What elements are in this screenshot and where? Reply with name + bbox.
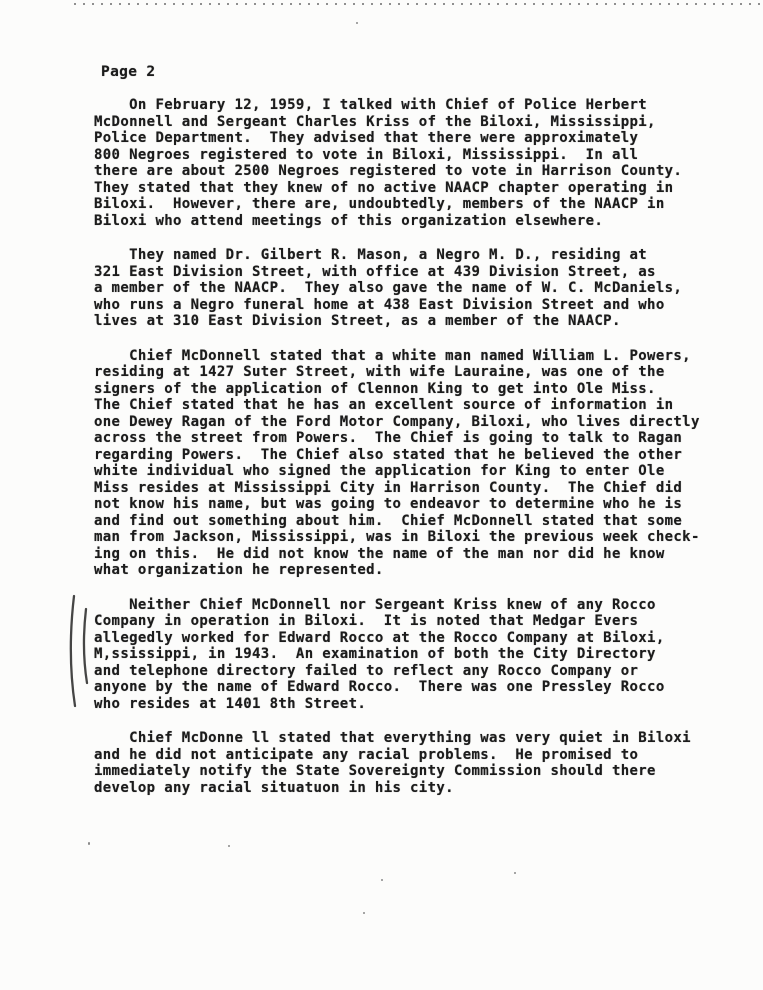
document-body: On February 12, 1959, I talked with Chie…	[94, 97, 754, 814]
perforation-dotted-line	[74, 3, 763, 5]
scanned-document-page: Page 2 On February 12, 1959, I talked wi…	[0, 0, 763, 990]
scan-speck	[356, 22, 358, 24]
scan-speck	[381, 879, 383, 881]
scan-speck	[514, 872, 516, 874]
paragraph-powers-king-application: Chief McDonnell stated that a white man …	[94, 348, 754, 579]
paragraph-closing-statement: Chief McDonne ll stated that everything …	[94, 730, 754, 796]
scan-speck	[88, 842, 90, 845]
page-number-label: Page 2	[101, 64, 155, 80]
scan-speck	[228, 845, 230, 847]
paragraph-naacp-members: They named Dr. Gilbert R. Mason, a Negro…	[94, 247, 754, 330]
scan-speck	[363, 912, 365, 914]
paragraph-rocco-company: Neither Chief McDonnell nor Sergeant Kri…	[94, 597, 754, 713]
handwritten-margin-emphasis-marks	[63, 588, 97, 718]
paragraph-police-meeting: On February 12, 1959, I talked with Chie…	[94, 97, 754, 229]
